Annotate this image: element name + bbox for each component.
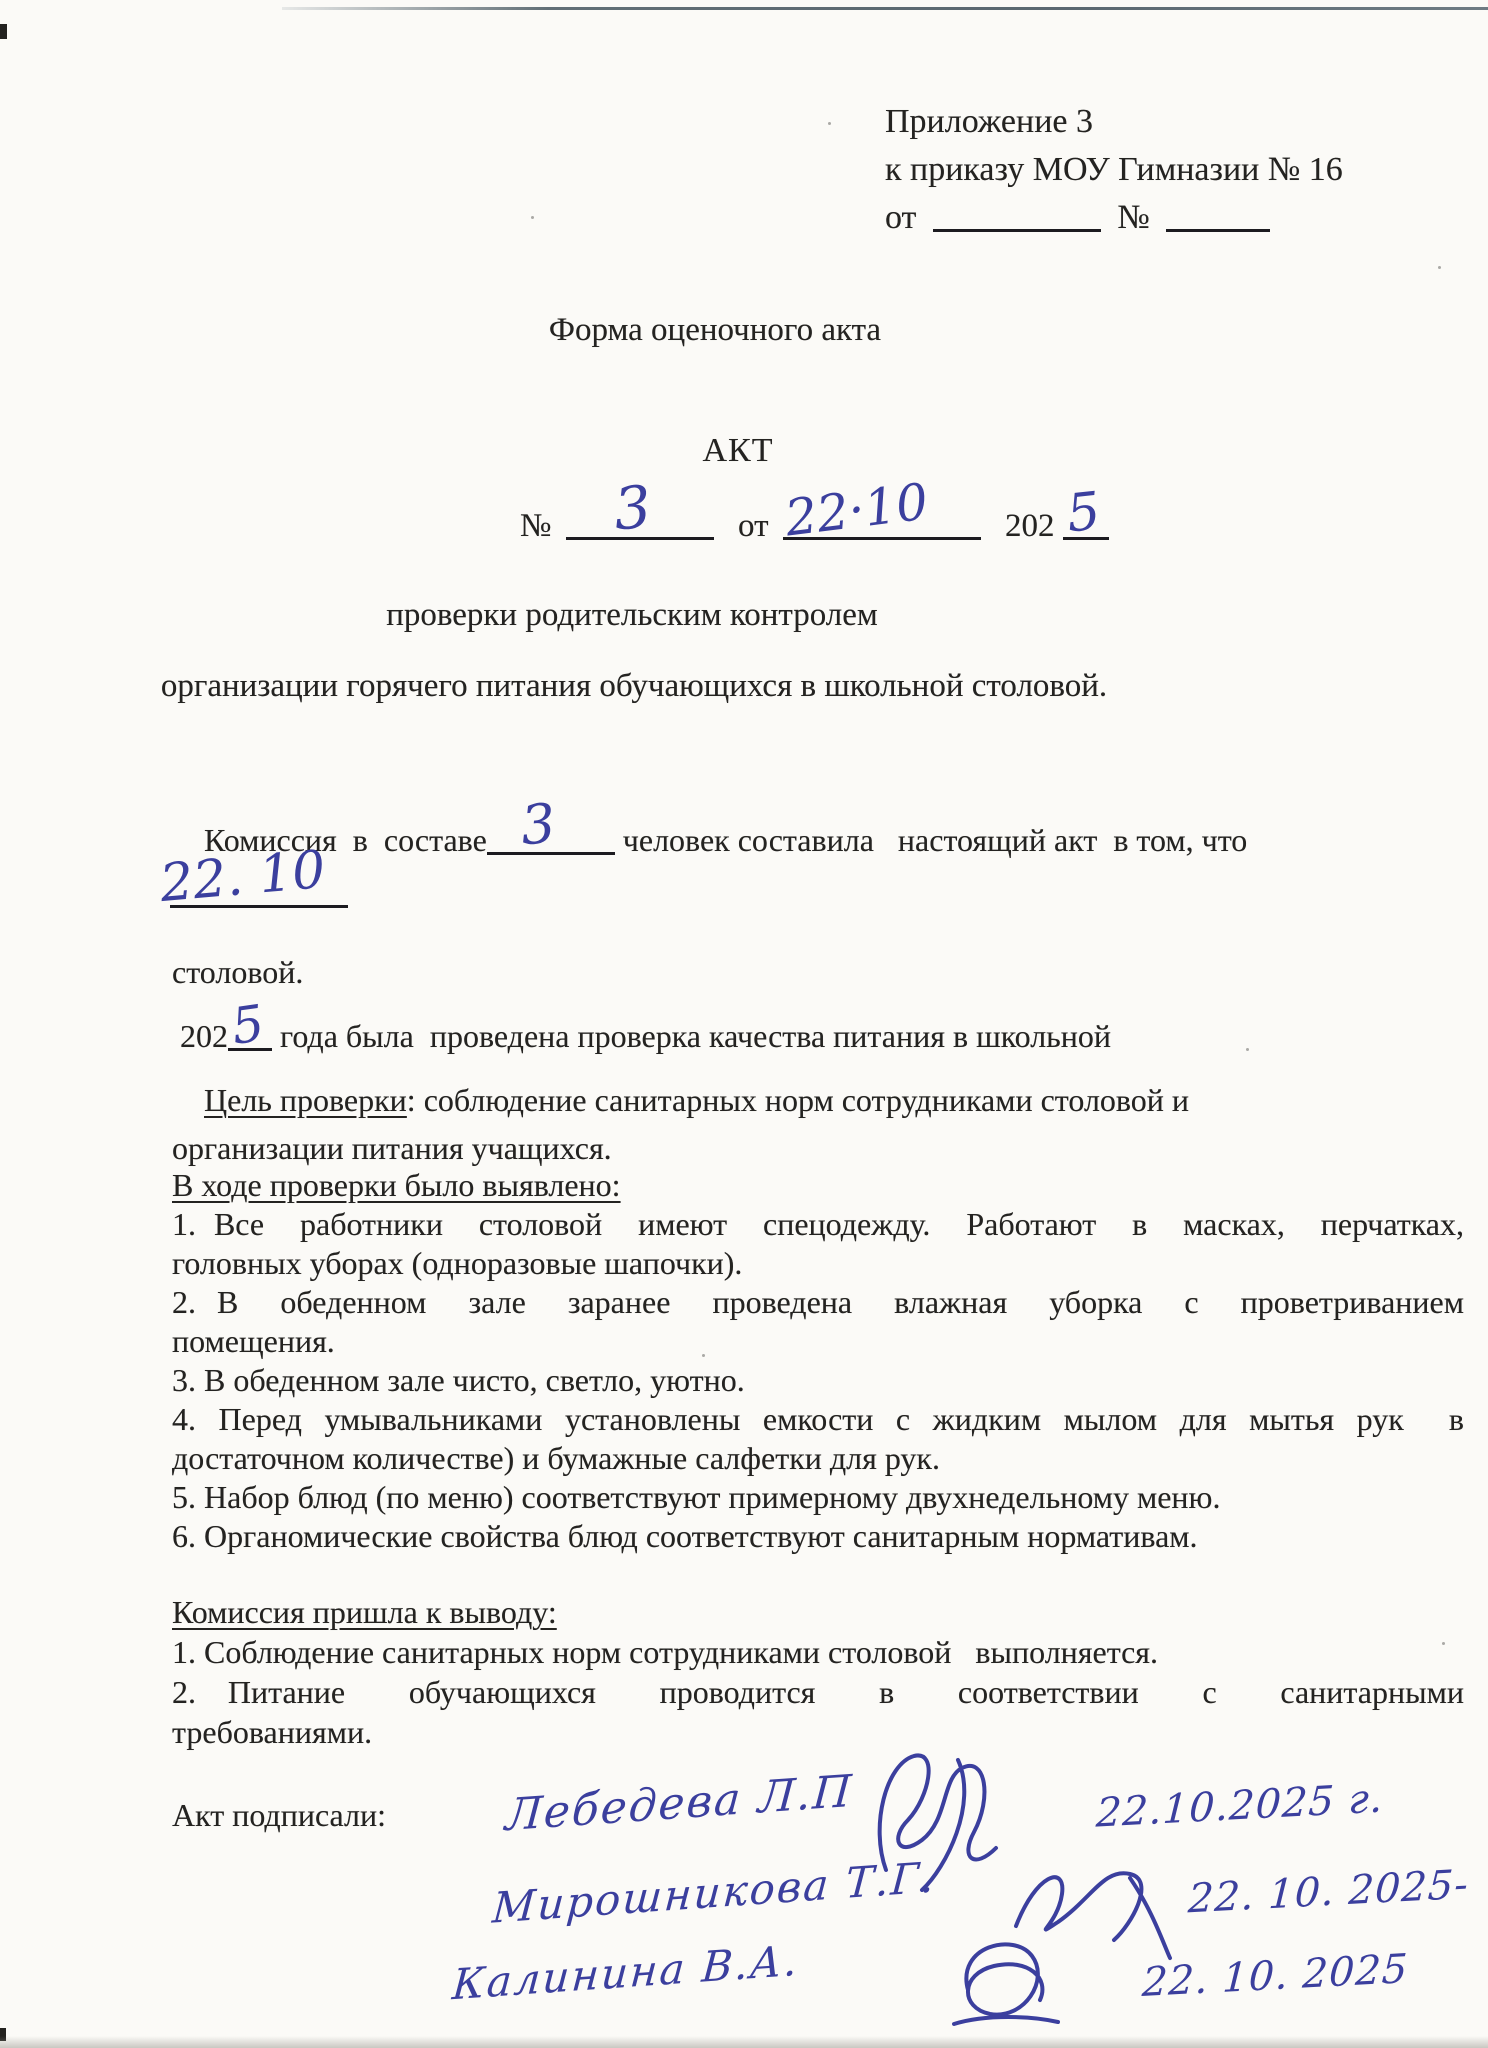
signature-date-1: 22.10.2025 г. [1095, 1778, 1384, 1833]
findings-line: 4. Перед умывальниками установлены емкос… [172, 1400, 1464, 1439]
signature-name-3: Калинина В.А. [451, 1940, 801, 2007]
scan-edge-line [282, 7, 1488, 10]
check-date-blank: 22. 10 [170, 900, 348, 908]
act-title: АКТ [100, 432, 1376, 470]
act-year-blank: 5 [1063, 532, 1109, 540]
act-number-label: № [520, 508, 552, 544]
order-number-label: № [1117, 199, 1149, 236]
conclusion-section: Комиссия пришла к выводу: 1. Соблюдение … [172, 1592, 1464, 1752]
act-year-digit-handwritten: 5 [1064, 485, 1102, 540]
intro-line3: столовой. [172, 952, 303, 992]
purpose-label: Цель проверки [204, 1082, 407, 1118]
signing-label: Акт подписали: [172, 1795, 386, 1835]
scan-edge-band-bottom [0, 2036, 1488, 2048]
conclusion-line: требованиями. [172, 1712, 1464, 1752]
appendix-header: Приложение 3 к приказу МОУ Гимназии № 16… [885, 98, 1460, 242]
scan-speck [828, 122, 831, 125]
members-count-blank: 3 [487, 847, 615, 855]
findings-line: 5. Набор блюд (по меню) соответствуют пр… [172, 1478, 1464, 1517]
appendix-line1: Приложение 3 [885, 98, 1460, 146]
appendix-line3: от № [885, 194, 1460, 242]
check-date-handwritten: 22. 10 [158, 844, 327, 910]
signature-name-1: Лебедева Л.П [504, 1770, 855, 1839]
signature-name-2: Мирошникова Т.Г. [491, 1856, 937, 1929]
purpose-line2: организации питания учащихся. [172, 1128, 612, 1168]
findings-line: 3. В обеденном зале чисто, светло, уютно… [172, 1361, 1464, 1400]
purpose-rest: : соблюдение санитарных норм сотрудникам… [407, 1082, 1189, 1118]
findings-line: 1. Все работники столовой имеют спецодеж… [172, 1205, 1464, 1244]
scan-corner-mark-top-left [0, 24, 7, 39]
act-number-line: № 3 от 22·10 202 5 [520, 508, 1109, 545]
order-number-blank [1166, 224, 1270, 232]
scan-speck [1438, 266, 1441, 269]
appendix-line2: к приказу МОУ Гимназии № 16 [885, 146, 1460, 194]
act-date-blank: 22·10 [783, 532, 981, 540]
conclusion-line: 2. Питание обучающихся проводится в соот… [172, 1672, 1464, 1712]
act-number-handwritten: 3 [611, 478, 653, 539]
scan-speck [531, 216, 534, 219]
conclusion-line: 1. Соблюдение санитарных норм сотрудника… [172, 1632, 1464, 1672]
act-subtitle-line1: проверки родительским контролем [0, 597, 1264, 634]
findings-line: помещения. [172, 1322, 1464, 1361]
findings-line: головных уборах (одноразовые шапочки). [172, 1244, 1464, 1283]
act-number-blank: 3 [566, 532, 714, 540]
intro-line1-part2: человек составила настоящий акт в том, ч… [623, 822, 1248, 858]
members-count-handwritten: 3 [518, 797, 557, 854]
signature-date-3: 22. 10. 2025 [1141, 1949, 1409, 2003]
signature-flourish-icon [936, 1928, 1071, 2033]
act-from-label: от [738, 508, 769, 544]
act-year-printed: 202 [1005, 508, 1055, 544]
order-date-blank [933, 224, 1101, 232]
findings-heading: В ходе проверки было выявлено: [172, 1167, 621, 1203]
act-date-handwritten: 22·10 [782, 476, 930, 543]
findings-section: В ходе проверки было выявлено: 1. Все ра… [172, 1166, 1464, 1556]
findings-line: 6. Органомические свойства блюд соответс… [172, 1517, 1464, 1556]
order-from-label: от [885, 199, 916, 236]
findings-line: достаточном количестве) и бумажные салфе… [172, 1439, 1464, 1478]
form-title: Форма оценочного акта [80, 312, 1350, 349]
findings-line: 2. В обеденном зале заранее проведена вл… [172, 1283, 1464, 1322]
act-subtitle-line2: организации горячего питания обучающихся… [0, 668, 1268, 705]
scanned-act-document: Приложение 3 к приказу МОУ Гимназии № 16… [0, 0, 1488, 2048]
conclusion-heading: Комиссия пришла к выводу: [172, 1594, 557, 1630]
signature-date-2: 22. 10. 2025- [1187, 1865, 1470, 1920]
